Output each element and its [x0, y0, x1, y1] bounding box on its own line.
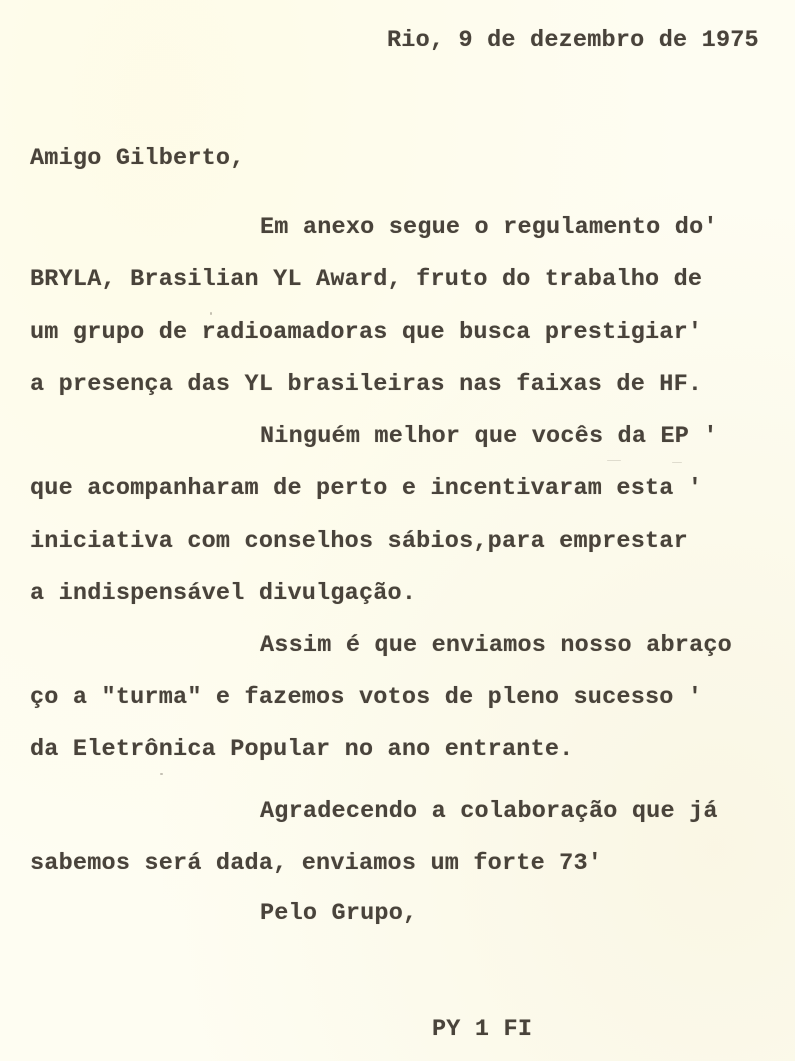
body-line: Agradecendo a colaboração que já	[260, 800, 718, 824]
paper-speck	[160, 773, 163, 775]
body-line: que acompanharam de perto e incentivaram…	[30, 477, 702, 501]
body-line: ço a "turma" e fazemos votos de pleno su…	[30, 686, 702, 710]
greeting: Amigo Gilberto,	[30, 147, 245, 171]
paper-speck	[210, 312, 212, 315]
body-line: sabemos será dada, enviamos um forte 73'	[30, 852, 602, 876]
body-line: da Eletrônica Popular no ano entrante.	[30, 738, 574, 762]
body-line: um grupo de radioamadoras que busca pres…	[30, 321, 702, 345]
body-line: Assim é que enviamos nosso abraço	[260, 634, 732, 658]
signature: PY 1 FI	[432, 1018, 532, 1042]
paper-speck	[607, 460, 621, 461]
body-line: a indispensável divulgação.	[30, 582, 416, 606]
closing: Pelo Grupo,	[260, 902, 417, 926]
date-line: Rio, 9 de dezembro de 1975	[387, 29, 759, 53]
body-line: BRYLA, Brasilian YL Award, fruto do trab…	[30, 268, 702, 292]
paper-speck	[672, 462, 682, 463]
body-line: a presença das YL brasileiras nas faixas…	[30, 373, 702, 397]
body-line: Em anexo segue o regulamento do'	[260, 216, 718, 240]
body-line: iniciativa com conselhos sábios,para emp…	[30, 530, 688, 554]
body-line: Ninguém melhor que vocês da EP '	[260, 425, 718, 449]
